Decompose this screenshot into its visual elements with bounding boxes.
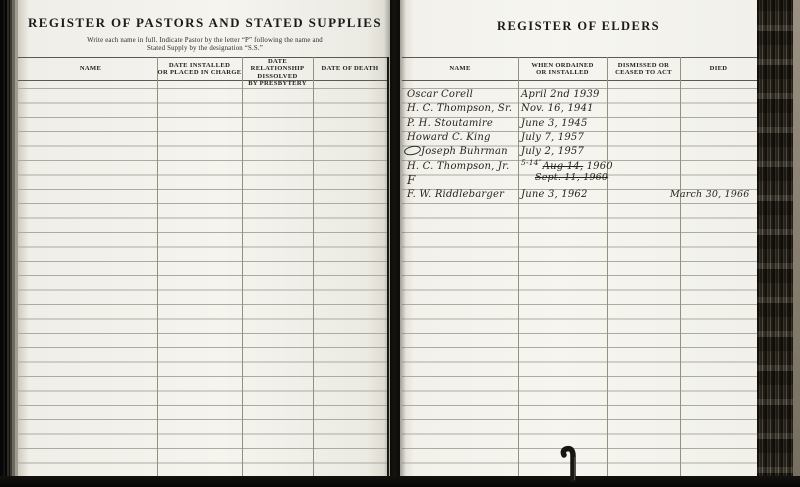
elder-name-text: Joseph Buhrman	[421, 146, 508, 157]
left-column-divider-1	[157, 57, 158, 477]
left-colhead-date-dissolved: DATE RELATIONSHIP DISSOLVED BY PRESBYTER…	[242, 58, 313, 88]
elder-died-date	[680, 88, 757, 102]
right-colhead-died: DIED	[680, 65, 757, 72]
right-colhead-dismissed: DISMISSED OR CEASED TO ACT	[607, 62, 680, 77]
elder-ordained-date: July 7, 1957	[518, 131, 607, 145]
elder-dismissed-date	[607, 145, 680, 159]
elder-died-date	[680, 131, 757, 145]
ink-flourish	[403, 145, 421, 157]
left-colhead-date-of-death: DATE OF DEATH	[313, 65, 387, 72]
elder-name: Joseph Buhrman	[402, 145, 518, 159]
elder-ordained-date: April 2nd 1939	[518, 88, 607, 102]
book-cover-edge	[793, 0, 800, 487]
book-gutter-shadow	[384, 0, 406, 487]
left-column-divider-2	[242, 57, 243, 477]
elder-died-date: March 30, 1966	[680, 188, 757, 202]
elder-ordained-date: Sept. 11, 1960	[518, 174, 607, 188]
elder-row: Oscar Corell April 2nd 1939	[402, 88, 757, 102]
elder-row: Howard C. King July 7, 1957	[402, 131, 757, 145]
elder-died-date	[680, 160, 757, 174]
struck-out-date: Sept. 11, 1960	[535, 171, 607, 184]
elder-name: Oscar Corell	[402, 88, 518, 102]
left-header-bottom-rule	[14, 80, 388, 81]
elder-name: P. H. Stoutamire	[402, 117, 518, 131]
elder-name: F	[402, 174, 518, 188]
elder-row: P. H. Stoutamire June 3, 1945	[402, 117, 757, 131]
struck-out-date: Aug 14,	[543, 161, 584, 172]
elder-row: Joseph Buhrman July 2, 1957	[402, 145, 757, 159]
elder-ordained-date: June 3, 1945	[518, 117, 607, 131]
left-column-divider-3	[313, 57, 314, 477]
book-bottom-edge	[0, 476, 800, 487]
left-header-top-rule	[14, 57, 388, 58]
register-book-scan: REGISTER OF PASTORS AND STATED SUPPLIES …	[0, 0, 800, 487]
elder-row: F Sept. 11, 1960	[402, 174, 757, 188]
left-colhead-date-installed: DATE INSTALLED OR PLACED IN CHARGE	[157, 62, 242, 77]
right-page-title: REGISTER OF ELDERS	[400, 19, 757, 34]
elders-entries: Oscar Corell April 2nd 1939 H. C. Thomps…	[402, 88, 757, 203]
elder-name: Howard C. King	[402, 131, 518, 145]
book-gutter-line	[396, 0, 399, 487]
book-fore-edge-pages	[757, 0, 793, 487]
right-header-top-rule	[402, 57, 757, 58]
elder-died-date	[680, 102, 757, 116]
left-page-instructions: Write each name in full. Indicate Pastor…	[50, 37, 360, 53]
inserted-correction-date: 5-14″	[521, 158, 542, 167]
died-date-text: March 30, 1966	[670, 189, 750, 200]
elder-ordained-date: June 3, 1962	[518, 188, 607, 202]
elder-name: F. W. Riddlebarger	[402, 188, 518, 202]
elder-dismissed-date	[607, 117, 680, 131]
elder-row: F. W. Riddlebarger June 3, 1962 March 30…	[402, 188, 757, 202]
right-header-bottom-rule	[402, 80, 757, 81]
elder-dismissed-date	[607, 160, 680, 174]
left-page-ruled-lines	[14, 88, 388, 478]
elder-died-date	[680, 174, 757, 188]
book-left-page-edges	[0, 0, 18, 487]
elder-ordained-date: Nov. 16, 1941	[518, 102, 607, 116]
elder-name: H. C. Thompson, Sr.	[402, 102, 518, 116]
elder-row: H. C. Thompson, Sr. Nov. 16, 1941	[402, 102, 757, 116]
stray-ink-mark: F	[407, 173, 416, 187]
right-colhead-when-ordained: WHEN ORDAINED OR INSTALLED	[518, 62, 607, 77]
elder-dismissed-date	[607, 102, 680, 116]
elder-dismissed-date	[607, 88, 680, 102]
elder-name: H. C. Thompson, Jr.	[402, 160, 518, 174]
elder-died-date	[680, 117, 757, 131]
left-page-title: REGISTER OF PASTORS AND STATED SUPPLIES	[20, 15, 390, 31]
left-colhead-name: NAME	[24, 65, 157, 72]
bookmark-ribbon	[556, 444, 584, 482]
elder-died-date	[680, 145, 757, 159]
elder-dismissed-date	[607, 131, 680, 145]
elder-dismissed-date	[607, 174, 680, 188]
right-colhead-name: NAME	[402, 65, 518, 72]
